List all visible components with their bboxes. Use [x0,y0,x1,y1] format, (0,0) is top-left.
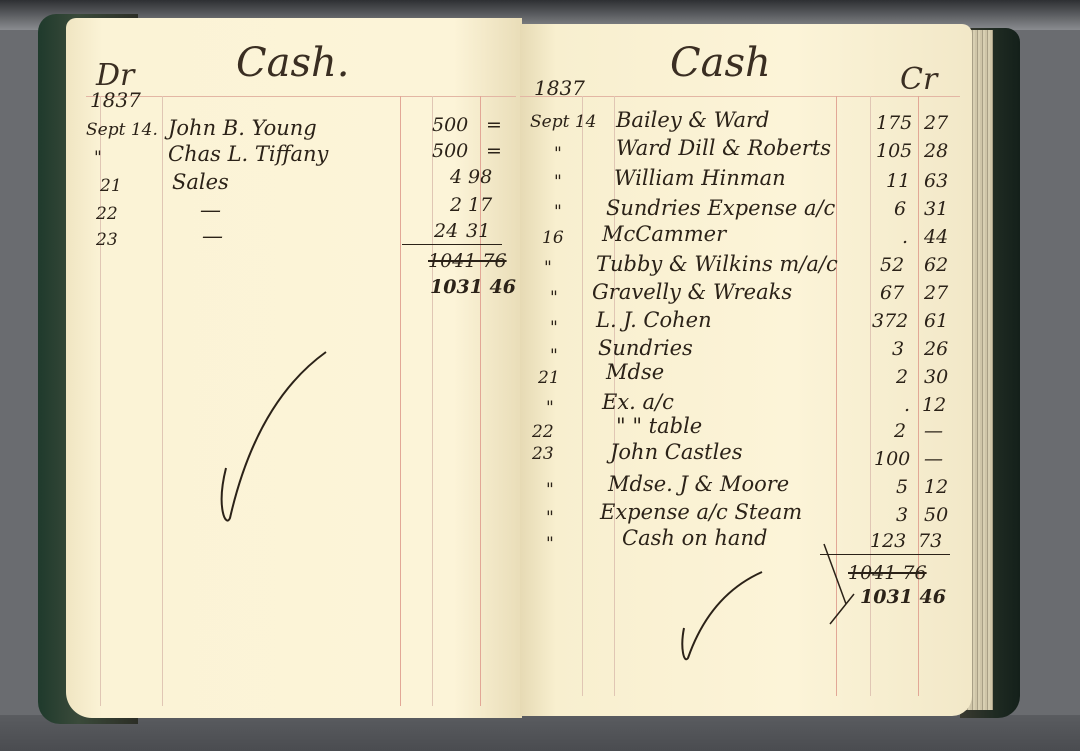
ledger-right-page: Cash Cr 1837 Sept 14 Bailey & Ward 175 2… [520,24,972,716]
entry-dollars: 500 [432,140,468,162]
entry-name: Gravelly & Wreaks [592,280,792,304]
entry-name: Chas L. Tiffany [168,142,328,166]
entry-dollars: 2 [894,420,906,442]
entry-date: " [554,144,562,164]
entry-dollars: 100 [874,448,910,470]
entry-date: 21 [538,368,560,388]
entry-dollars: 2 [896,366,908,388]
page-total: 1031 46 [430,276,516,298]
column-line [162,96,163,706]
entry-name: John Castles [610,440,743,464]
entry-date: " [546,398,554,418]
header-rule [520,96,960,97]
entry-cents: 44 [924,226,948,248]
entry-date: " [554,172,562,192]
credit-label: Cr [900,62,937,97]
entry-cents: 27 [924,112,948,134]
entry-name: Expense a/c Steam [600,500,802,524]
entry-name: — [202,224,223,248]
entry-date: 16 [542,228,564,248]
entry-date: " [546,508,554,528]
year: 1837 [90,88,141,112]
page-title: Cash. [236,40,349,86]
entry-date: 23 [532,444,554,464]
entry-name: Bailey & Ward [616,108,769,132]
entry-name: Mdse. J & Moore [608,472,789,496]
entry-dollars: 52 [880,254,904,276]
entry-date: " [546,480,554,500]
entry-name: Sundries [598,336,693,360]
entry-date: " [550,318,558,338]
entry-dollars: 105 [876,140,912,162]
entry-cents: — [924,448,943,470]
entry-date: " [544,258,552,278]
column-line [432,96,433,706]
ledger-left-page: Dr Cash. 1837 Sept 14. John B. Young 500… [66,18,522,718]
entry-date: " [546,534,554,554]
entry-dollars: . [902,226,908,248]
struck-total: 1041 76 [428,250,507,272]
entry-dollars: 2 [450,194,462,216]
entry-cents: = [486,140,502,162]
entry-cents: = [486,114,502,136]
entry-name: Sales [172,170,229,194]
entry-dollars: 3 [892,338,904,360]
entry-name: Ex. a/c [602,390,674,414]
entry-cents: 31 [924,198,948,220]
entry-cents: 73 [918,530,942,552]
entry-name: William Hinman [614,166,786,190]
entry-dollars: 4 [450,166,462,188]
entry-date: Sept 14 [530,112,596,132]
entry-dollars: 11 [886,170,910,192]
entry-cents: 62 [924,254,948,276]
entry-dollars: . [904,394,910,416]
entry-cents: 12 [922,394,946,416]
checkmark-icon [676,568,766,668]
entry-cents: 61 [924,310,948,332]
column-line [582,96,583,696]
entry-cents: 17 [468,194,492,216]
entry-dollars: 3 [896,504,908,526]
entry-name: Mdse [606,360,664,384]
entry-cents: 26 [924,338,948,360]
entry-name: McCammer [602,222,726,246]
entry-cents: 12 [924,476,948,498]
entry-cents: 63 [924,170,948,192]
entry-cents: 30 [924,366,948,388]
entry-date: " [550,288,558,308]
entry-cents: 28 [924,140,948,162]
entry-name: Sundries Expense a/c [606,196,835,220]
column-line [400,96,401,706]
entry-date: " [554,202,562,222]
entry-dollars: 6 [894,198,906,220]
entry-cents: 98 [468,166,492,188]
entry-date: 23 [96,230,118,250]
entry-cents: 27 [924,282,948,304]
entry-dollars: 123 [870,530,906,552]
header-rule [86,96,516,97]
checkmark-icon [216,348,336,528]
entry-dollars: 5 [896,476,908,498]
entry-date: 22 [532,422,554,442]
entry-name: John B. Young [168,116,317,140]
total-bracket-mark [820,524,860,634]
entry-date: " [550,346,558,366]
entry-name: L. J. Cohen [596,308,712,332]
entry-name: Tubby & Wilkins m/a/c [596,252,838,276]
entry-name: Ward Dill & Roberts [616,136,831,160]
entry-date: Sept 14. [86,120,158,140]
year: 1837 [534,76,585,100]
page-total: 1031 46 [860,586,946,608]
entry-name: " " table [616,414,702,438]
entry-cents: 31 [466,220,490,242]
entry-date: 21 [100,176,122,196]
page-title: Cash [670,40,771,86]
entry-cents: — [924,420,943,442]
entry-dollars: 175 [876,112,912,134]
entry-date: " [94,148,102,168]
entry-cents: 50 [924,504,948,526]
entry-dollars: 67 [880,282,904,304]
sum-underline [402,244,502,245]
entry-dollars: 372 [872,310,908,332]
entry-dollars: 500 [432,114,468,136]
entry-date: 22 [96,204,118,224]
entry-dollars: 24 [434,220,458,242]
entry-name: Cash on hand [622,526,767,550]
scan-background-bottom [0,715,1080,751]
entry-name: — [200,198,221,222]
